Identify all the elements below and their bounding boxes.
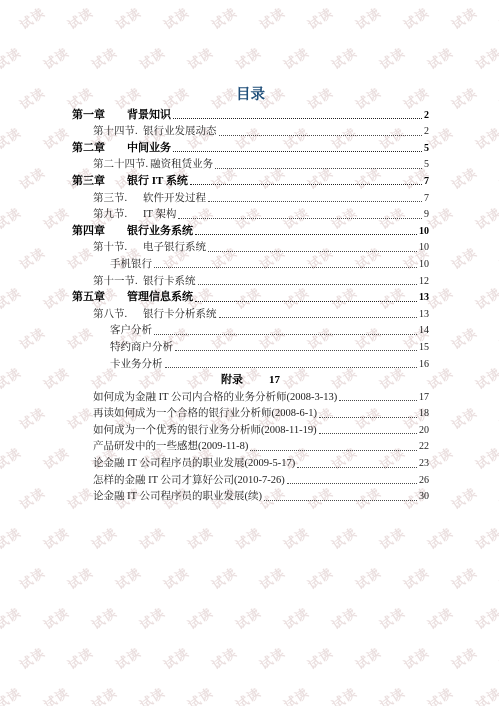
toc-entry-page-number: 30 [419,489,429,504]
appendix-entry[interactable]: 如何成为金融 IT 公司内合格的业务分析师(2008-3-13)17 [93,388,429,405]
trial-watermark-text: 试读 [472,203,499,233]
toc-entry-title: 特约商户分析 [110,340,173,355]
dot-leader [215,168,422,169]
toc-entry-title: IT 架构 [143,207,176,222]
trial-watermark-text: 试读 [328,683,360,706]
dot-leader [319,417,417,418]
toc-entry-title: 怎样的金融 IT 公司才算好公司(2010-7-26) [93,473,285,488]
toc-entry[interactable]: 第八节.银行卡分析系统13 [93,305,429,322]
toc-entry-page-number: 10 [419,240,429,255]
trial-watermark-text: 试读 [448,3,480,33]
trial-watermark-text: 试读 [280,43,312,73]
trial-watermark-text: 试读 [136,43,168,73]
toc-entry-number: 第八节. [93,307,143,322]
dot-leader [208,251,417,252]
toc-entry-title: 卡业务分析 [110,357,163,372]
trial-watermark-text: 试读 [472,43,499,73]
trial-watermark-text: 试读 [88,523,120,553]
toc-entry-title: 手机银行 [110,257,152,272]
trial-watermark-text: 试读 [232,603,264,633]
toc-title: 目录 [72,87,429,103]
trial-watermark-text: 试读 [40,603,72,633]
trial-watermark-text: 试读 [232,683,264,706]
toc-entry-number: 第四章 [72,224,127,239]
toc-entry-title: 银行业发展动态 [143,124,217,139]
toc-entry[interactable]: 第十四节.银行业发展动态2 [93,123,429,140]
trial-watermark-text: 试读 [16,3,48,33]
trial-watermark-text: 试读 [448,483,480,513]
trial-watermark-text: 试读 [64,563,96,593]
dot-leader [297,467,417,468]
toc-entry-page-number: 13 [419,290,429,305]
dot-leader [198,284,418,285]
toc-entry[interactable]: 客户分析14 [110,322,429,339]
toc-entry-title: 电子银行系统 [143,240,206,255]
toc-entry-page-number: 12 [419,274,429,289]
toc-entry-page-number: 7 [424,191,429,206]
trial-watermark-text: 试读 [400,3,432,33]
trial-watermark-text: 试读 [40,203,72,233]
toc-entry-title: 银行卡分析系统 [143,307,217,322]
trial-watermark-text: 试读 [328,603,360,633]
trial-watermark-text: 试读 [280,523,312,553]
toc-entry-number: 第一章 [72,108,127,123]
trial-watermark-text: 试读 [328,43,360,73]
toc-entry-page-number: 9 [424,207,429,222]
toc-entry-title: 如何成为一个优秀的银行业务分析师(2008-11-19) [93,423,317,438]
trial-watermark-text: 试读 [136,523,168,553]
trial-watermark-text: 试读 [0,683,24,706]
trial-watermark-text: 试读 [88,603,120,633]
dot-leader [195,301,417,302]
trial-watermark-text: 试读 [208,3,240,33]
trial-watermark-text: 试读 [472,603,499,633]
trial-watermark-text: 试读 [0,123,24,153]
toc-entry-title: 再读如何成为一个合格的银行业分析师(2008-6-1) [93,406,317,421]
dot-leader [219,317,418,318]
trial-watermark-text: 试读 [280,603,312,633]
trial-watermark-text: 试读 [304,3,336,33]
toc-entry-title: 管理信息系统 [127,290,193,305]
toc-entry[interactable]: 第四章银行业务系统10 [72,222,429,239]
toc-entry-title: 银行 IT 系统 [127,174,188,189]
trial-watermark-text: 试读 [0,203,24,233]
trial-watermark-text: 试读 [448,403,480,433]
toc-entry-number: 第十四节. [93,124,143,139]
trial-watermark-text: 试读 [376,43,408,73]
toc-entry-number: 第十一节. [93,274,143,289]
trial-watermark-text: 试读 [16,83,48,113]
dot-leader [208,201,422,202]
toc-entry-page-number: 2 [424,124,429,139]
dot-leader [264,500,417,501]
toc-entry[interactable]: 卡业务分析16 [110,355,429,372]
toc-entry-page-number: 5 [424,141,429,156]
trial-watermark-text: 试读 [64,3,96,33]
trial-watermark-text: 试读 [16,483,48,513]
trial-watermark-text: 试读 [160,643,192,673]
trial-watermark-text: 试读 [88,683,120,706]
toc-entry-page-number: 23 [419,456,429,471]
trial-watermark-text: 试读 [232,523,264,553]
trial-watermark-text: 试读 [400,563,432,593]
appendix-entry[interactable]: 产品研发中的一些感想(2009-11-8)22 [93,438,429,455]
trial-watermark-text: 试读 [304,643,336,673]
trial-watermark-text: 试读 [352,643,384,673]
toc-entry[interactable]: 第十节.电子银行系统10 [93,239,429,256]
trial-watermark-text: 试读 [352,3,384,33]
trial-watermark-text: 试读 [472,123,499,153]
trial-watermark-text: 试读 [16,163,48,193]
trial-watermark-text: 试读 [400,643,432,673]
dot-leader [219,135,423,136]
toc-entry[interactable]: 第二十四节.融资租赁业务5 [93,156,429,173]
trial-watermark-text: 试读 [208,563,240,593]
trial-watermark-text: 试读 [208,643,240,673]
trial-watermark-text: 试读 [376,683,408,706]
trial-watermark-text: 试读 [424,43,456,73]
document-page: 试读试读试读试读试读试读试读试读试读试读试读试读试读试读试读试读试读试读试读试读… [0,0,499,706]
toc-entry-page-number: 5 [424,157,429,172]
trial-watermark-text: 试读 [16,323,48,353]
toc-entry-title: 如何成为金融 IT 公司内合格的业务分析师(2008-3-13) [93,390,337,405]
toc-entry-number: 第九节. [93,207,143,222]
toc-entry-title: 银行卡系统 [143,274,196,289]
dot-leader [190,184,422,185]
dot-leader [175,350,417,351]
toc-entry-page-number: 2 [424,108,429,123]
trial-watermark-text: 试读 [256,563,288,593]
toc-entry-page-number: 10 [419,257,429,272]
toc-entry-page-number: 26 [419,473,429,488]
trial-watermark-text: 试读 [160,563,192,593]
toc-entry-number: 第三节. [93,191,143,206]
trial-watermark-text: 试读 [328,523,360,553]
trial-watermark-text: 试读 [448,243,480,273]
trial-watermark-text: 试读 [64,643,96,673]
trial-watermark-text: 试读 [40,363,72,393]
trial-watermark-text: 试读 [40,443,72,473]
trial-watermark-text: 试读 [16,563,48,593]
dot-leader [178,218,422,219]
toc-entry[interactable]: 第五章管理信息系统13 [72,289,429,306]
trial-watermark-text: 试读 [40,43,72,73]
toc-entry-page-number: 20 [419,423,429,438]
trial-watermark-text: 试读 [472,523,499,553]
toc-entry-page-number: 22 [419,439,429,454]
trial-watermark-text: 试读 [472,363,499,393]
toc-entry-page-number: 18 [419,406,429,421]
trial-watermark-text: 试读 [472,283,499,313]
trial-watermark-text: 试读 [0,603,24,633]
appendix-entry[interactable]: 论金融 IT 公司程序员的职业发展(续)30 [93,488,429,505]
trial-watermark-text: 试读 [0,283,24,313]
toc-entry-title: 软件开发过程 [143,191,206,206]
toc-entry-page-number: 16 [419,357,429,372]
toc-entry[interactable]: 第三章银行 IT 系统7 [72,172,429,189]
trial-watermark-text: 试读 [40,523,72,553]
trial-watermark-text: 试读 [16,243,48,273]
trial-watermark-text: 试读 [0,443,24,473]
toc-entry-page-number: 13 [419,307,429,322]
trial-watermark-text: 试读 [304,563,336,593]
toc-entry[interactable]: 手机银行10 [110,255,429,272]
trial-watermark-text: 试读 [136,603,168,633]
toc-entry[interactable]: 第三节.软件开发过程7 [93,189,429,206]
toc-entry[interactable]: 特约商户分析15 [110,338,429,355]
trial-watermark-text: 试读 [0,363,24,393]
trial-watermark-text: 试读 [448,163,480,193]
toc-entry-title: 中间业务 [127,141,171,156]
toc-entry[interactable]: 第九节.IT 架构9 [93,206,429,223]
trial-watermark-text: 试读 [352,563,384,593]
trial-watermark-text: 试读 [424,603,456,633]
dot-leader [319,433,417,434]
appendix-entry[interactable]: 怎样的金融 IT 公司才算好公司(2010-7-26)26 [93,471,429,488]
toc-list: 第一章背景知识2第十四节.银行业发展动态2第二章中间业务5第二十四节.融资租赁业… [72,106,429,372]
toc-entry-title: 客户分析 [110,323,152,338]
toc-entry-number: 第五章 [72,290,127,305]
trial-watermark-text: 试读 [0,523,24,553]
trial-watermark-text: 试读 [112,3,144,33]
toc-entry[interactable]: 第一章背景知识2 [72,106,429,123]
dot-leader [250,450,417,451]
toc-entry-page-number: 10 [419,224,429,239]
dot-leader [195,234,417,235]
trial-watermark-text: 试读 [448,83,480,113]
dot-leader [173,151,422,152]
trial-watermark-text: 试读 [112,563,144,593]
trial-watermark-text: 试读 [0,43,24,73]
trial-watermark-text: 试读 [160,3,192,33]
trial-watermark-text: 试读 [184,43,216,73]
toc-entry[interactable]: 第二章中间业务5 [72,139,429,156]
appendix-header-label: 附录 [221,373,243,388]
trial-watermark-text: 试读 [16,403,48,433]
dot-leader [154,334,417,335]
toc-entry-title: 论金融 IT 公司程序员的职业发展(续) [93,489,262,504]
trial-watermark-text: 试读 [448,643,480,673]
appendix-list: 如何成为金融 IT 公司内合格的业务分析师(2008-3-13)17再读如何成为… [72,388,429,504]
appendix-entry[interactable]: 再读如何成为一个合格的银行业分析师(2008-6-1)18 [93,405,429,422]
toc-entry-page-number: 7 [424,174,429,189]
trial-watermark-text: 试读 [88,43,120,73]
trial-watermark-text: 试读 [280,683,312,706]
trial-watermark-text: 试读 [232,43,264,73]
dot-leader [165,367,418,368]
toc-entry-page-number: 15 [419,340,429,355]
toc-entry-page-number: 17 [419,390,429,405]
trial-watermark-text: 试读 [424,523,456,553]
toc-entry-page-number: 14 [419,323,429,338]
trial-watermark-text: 试读 [376,603,408,633]
trial-watermark-text: 试读 [136,683,168,706]
toc-entry-number: 第十节. [93,240,143,255]
dot-leader [154,267,417,268]
toc-entry-title: 背景知识 [127,108,171,123]
toc-entry-title: 融资租赁业务 [150,157,213,172]
trial-watermark-text: 试读 [184,523,216,553]
trial-watermark-text: 试读 [40,283,72,313]
trial-watermark-text: 试读 [256,3,288,33]
appendix-header-page: 17 [269,373,280,388]
trial-watermark-text: 试读 [448,563,480,593]
trial-watermark-text: 试读 [472,683,499,706]
trial-watermark-text: 试读 [112,643,144,673]
toc-entry-number: 第二十四节. [93,157,150,172]
toc-entry-title: 银行业务系统 [127,224,193,239]
trial-watermark-text: 试读 [376,523,408,553]
appendix-entry[interactable]: 论金融 IT 公司程序员的职业发展(2009-5-17)23 [93,454,429,471]
trial-watermark-text: 试读 [16,643,48,673]
toc-entry-number: 第三章 [72,174,127,189]
trial-watermark-text: 试读 [448,323,480,353]
trial-watermark-text: 试读 [472,443,499,473]
appendix-entry[interactable]: 如何成为一个优秀的银行业务分析师(2008-11-19)20 [93,421,429,438]
dot-leader [287,483,417,484]
trial-watermark-text: 试读 [40,683,72,706]
trial-watermark-text: 试读 [184,683,216,706]
toc-entry[interactable]: 第十一节.银行卡系统12 [93,272,429,289]
trial-watermark-text: 试读 [424,683,456,706]
toc-entry-number: 第二章 [72,141,127,156]
toc-entry-title: 论金融 IT 公司程序员的职业发展(2009-5-17) [93,456,295,471]
trial-watermark-text: 试读 [256,643,288,673]
toc-entry-title: 产品研发中的一些感想(2009-11-8) [93,439,248,454]
appendix-header: 附录 17 [72,372,429,389]
trial-watermark-text: 试读 [184,603,216,633]
trial-watermark-text: 试读 [40,123,72,153]
dot-leader [173,118,422,119]
dot-leader [339,400,417,401]
table-of-contents: 目录 第一章背景知识2第十四节.银行业发展动态2第二章中间业务5第二十四节.融资… [72,87,429,504]
